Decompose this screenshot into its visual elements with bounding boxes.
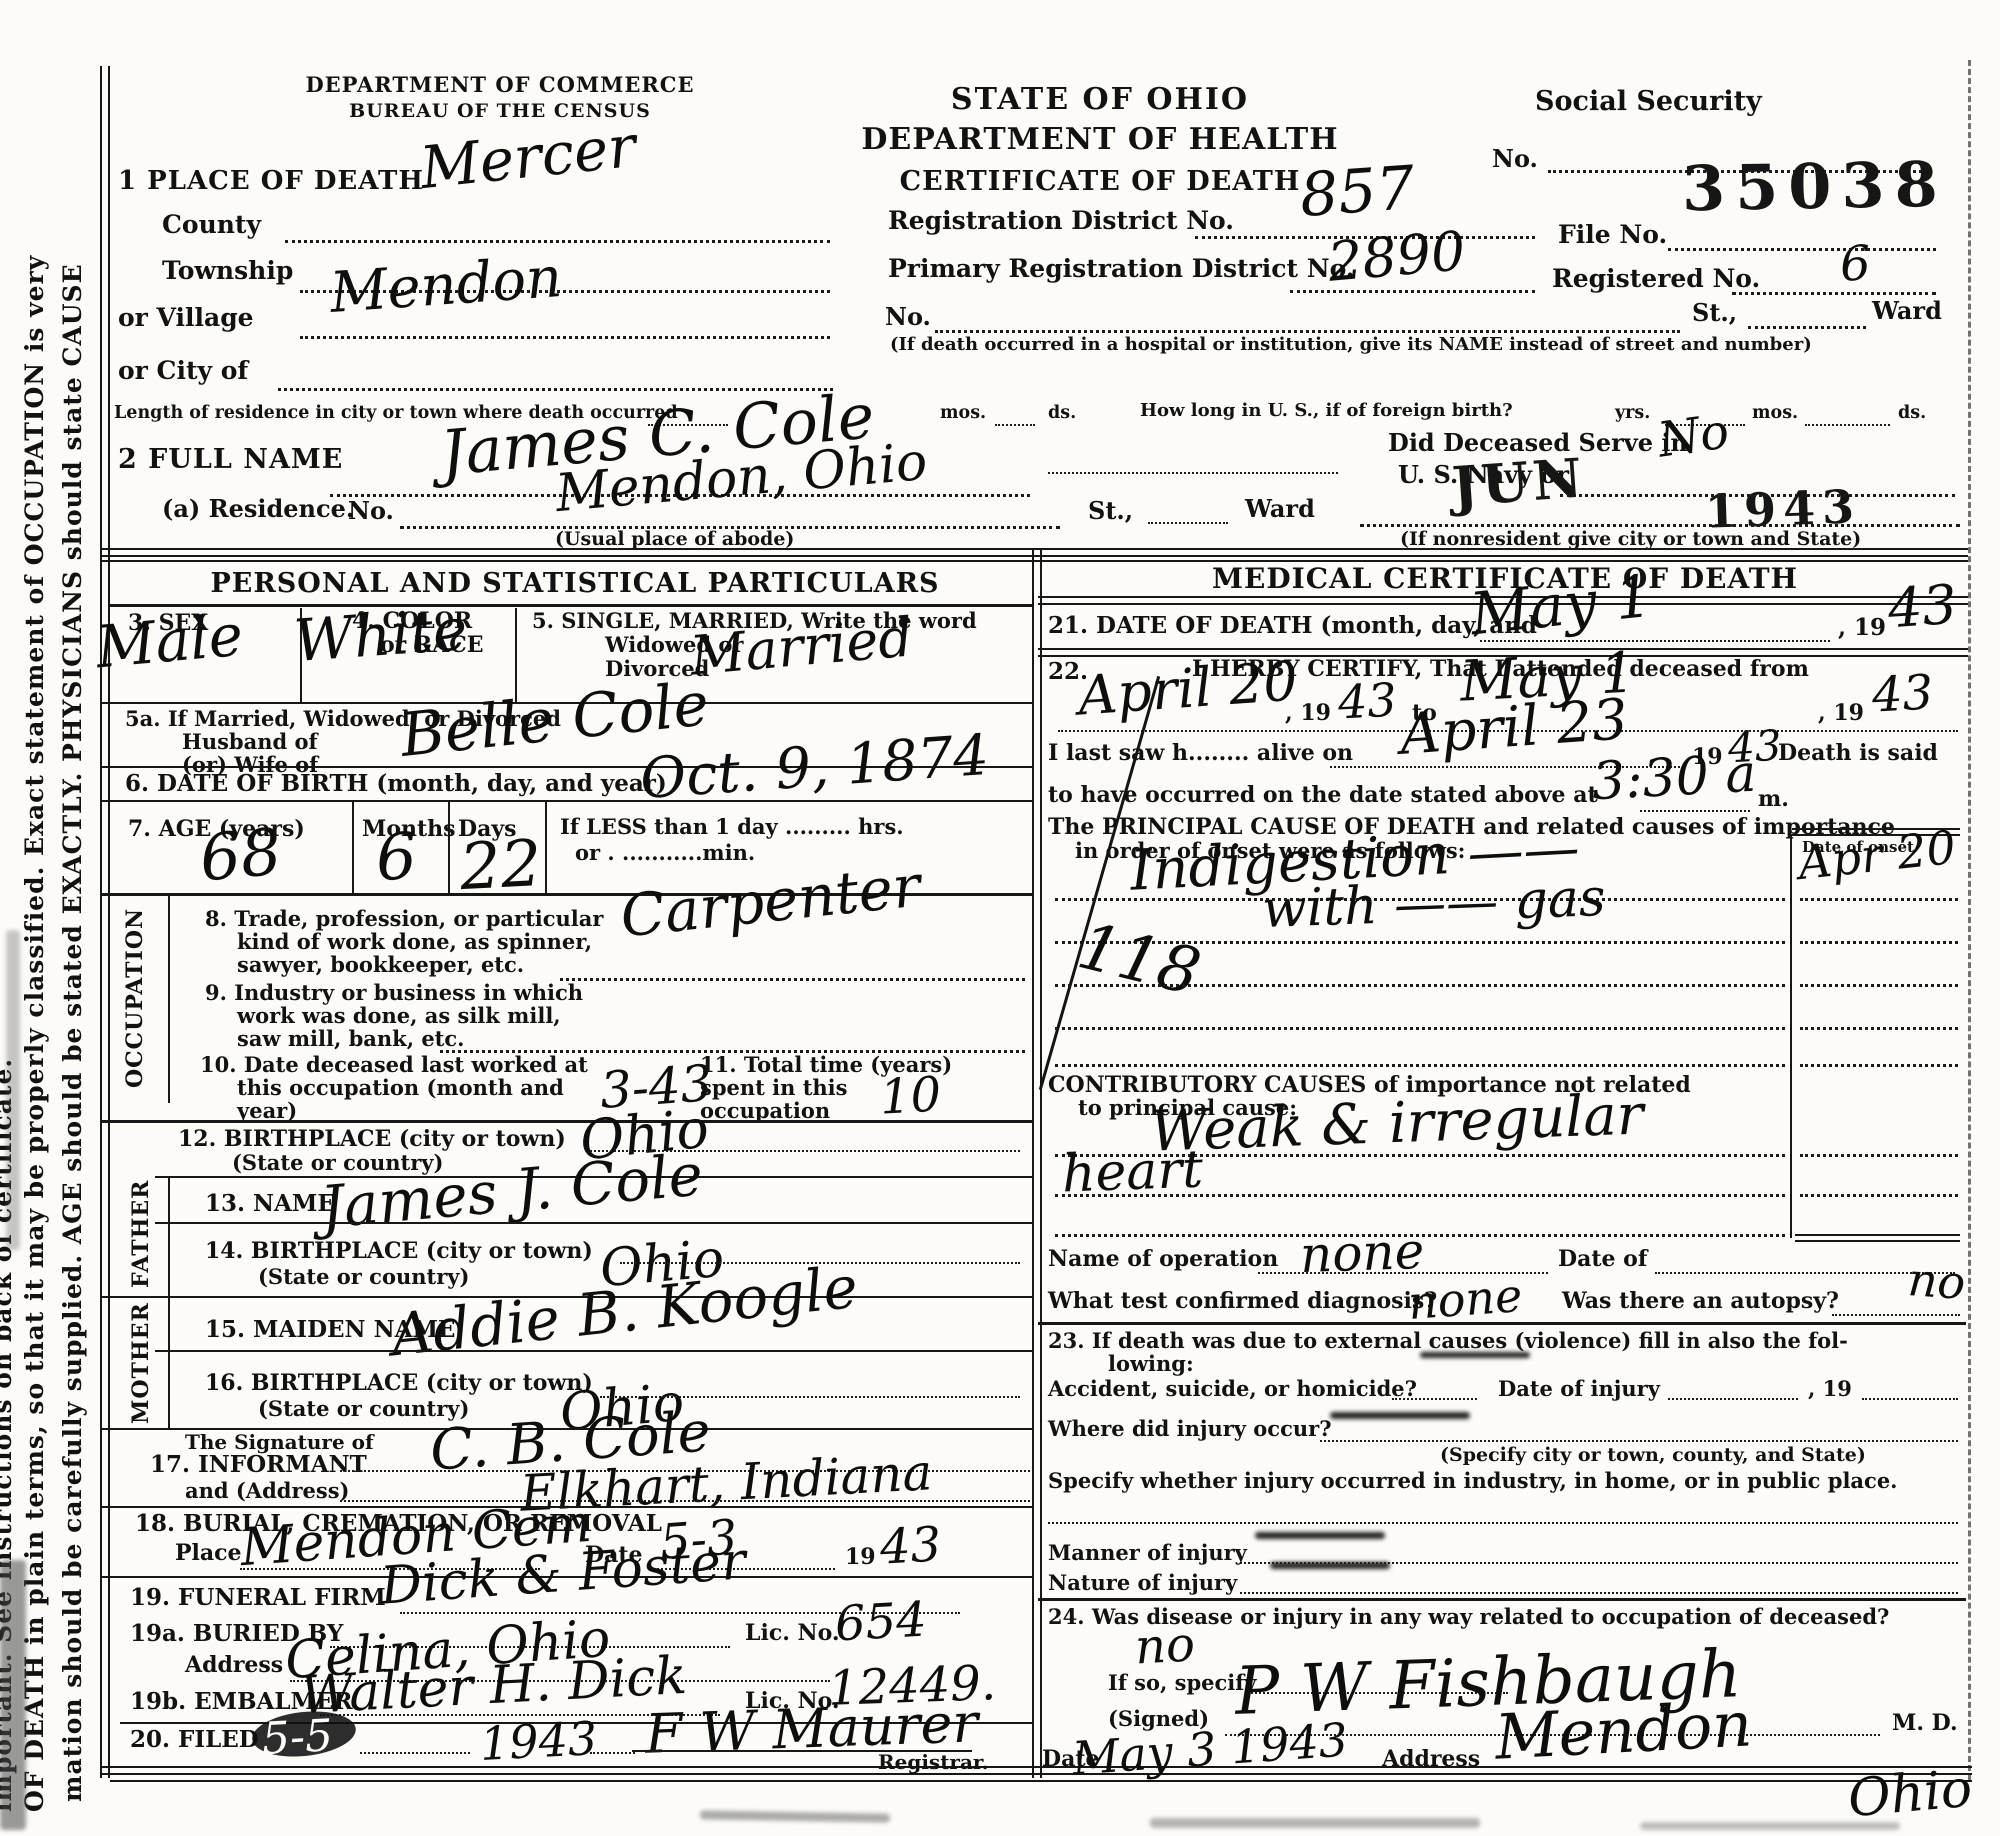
how-long-us-label: How long in U. S., if of foreign birth?: [1140, 402, 1513, 421]
buried-lic-value: 654: [834, 1596, 928, 1649]
length-mos-label: mos.: [940, 404, 986, 422]
file-number-stamp: 35038: [1681, 148, 1948, 226]
residence-line-2: [1360, 524, 1960, 527]
autopsy-label: Was there an autopsy?: [1562, 1290, 1839, 1313]
scan-artifact-left-2: [6, 930, 20, 1250]
accident-label: Accident, suicide, or homicide?: [1048, 1378, 1417, 1400]
us-line-2: [1805, 424, 1890, 426]
to-year-value: 43: [1871, 668, 1935, 719]
scan-artifact-bottom-2: [1150, 1818, 1480, 1828]
last-saw-label: I last saw h........ alive on: [1048, 742, 1353, 765]
trade-line: [560, 978, 1025, 981]
specify-where-label: Specify whether injury occurred in indus…: [1048, 1470, 1898, 1492]
filed-line-2: [590, 1752, 635, 1754]
birthplace-label-1: 12. BIRTHPLACE (city or town): [178, 1128, 566, 1151]
father-birthplace-label-2: (State or country): [258, 1266, 469, 1288]
county-label: County: [162, 212, 261, 238]
burial-year-value: 43: [879, 1520, 943, 1571]
registered-no-line: [1732, 292, 1936, 295]
ss-no-label: No.: [1492, 146, 1538, 171]
funeral-firm-label: 19. FUNERAL FIRM: [130, 1586, 386, 1610]
test-value: none: [1407, 1272, 1524, 1326]
total-time-label-3: occupation: [700, 1100, 830, 1122]
external-causes-label-2: lowing:: [1108, 1353, 1194, 1375]
filed-label: 20. FILED: [130, 1728, 259, 1752]
buried-lic-label: Lic. No.: [745, 1622, 840, 1645]
age-months-value: 6: [374, 825, 418, 891]
contributory-value-1: Weak & irregular: [1149, 1087, 1644, 1160]
death-time-line: [1640, 810, 1750, 812]
cause-line-3r: [1800, 984, 1958, 987]
cause-line-3: [1055, 984, 1785, 987]
informant-line-2: [340, 1500, 1030, 1502]
registered-no-label: Registered No.: [1552, 266, 1760, 292]
full-name-line-2: [1048, 472, 1338, 474]
pen-dash-3: [1255, 1532, 1385, 1539]
age-days-value: 22: [458, 832, 543, 900]
right-border: [1968, 60, 1971, 1780]
phys-address-value: Mendon: [1494, 1693, 1754, 1768]
mother-birthplace-label-2: (State or country): [258, 1398, 469, 1420]
row-rule-15: [155, 1350, 1034, 1352]
residence-st-line: [1148, 522, 1228, 524]
age-years-value: 68: [197, 821, 284, 892]
trade-label-3: sawyer, bookkeeper, etc.: [237, 954, 524, 976]
street-no-label: No.: [885, 304, 931, 329]
cause-line-4: [1055, 1027, 1785, 1030]
mother-birthplace-line: [600, 1396, 1020, 1398]
death-year-prefix: , 19: [1838, 616, 1886, 640]
contrib-line-3r2: [1795, 1240, 1960, 1242]
death-certificate-scan: mation should be carefully supplied. AGE…: [0, 0, 2000, 1836]
buried-address-label: Address: [185, 1654, 283, 1677]
trade-value: Carpenter: [618, 856, 923, 945]
from-year-prefix: , 19: [1285, 702, 1331, 725]
contrib-line-2r: [1800, 1194, 1958, 1197]
file-no-label: File No.: [1558, 222, 1667, 248]
served-value: No: [1655, 407, 1732, 464]
cause-line-2r: [1800, 941, 1958, 944]
abode-note: (Usual place of abode): [555, 530, 794, 550]
date-of-death-label: 21. DATE OF DEATH (month, day, and: [1048, 614, 1537, 638]
cell-line-5: [545, 800, 547, 893]
occupation-related-value: no: [1134, 1620, 1196, 1671]
industry-label-3: saw mill, bank, etc.: [237, 1028, 464, 1050]
mother-birthplace-label-1: 16. BIRTHPLACE (city or town): [205, 1372, 593, 1395]
residence-ward-label: Ward: [1245, 496, 1315, 521]
specify-city-note: (Specify city or town, county, and State…: [1440, 1446, 1866, 1466]
place-of-death-label: 1 PLACE OF DEATH: [118, 168, 424, 195]
social-security-label: Social Security: [1535, 88, 1762, 116]
industry-label-2: work was done, as silk mill,: [237, 1005, 561, 1027]
row-rule-13: [155, 1222, 1034, 1224]
manner-injury-label: Manner of injury: [1048, 1542, 1247, 1564]
am-pm-label: m.: [1758, 788, 1789, 811]
county-line: [285, 240, 830, 243]
registrar-label: Registrar.: [878, 1752, 989, 1773]
us-yrs-label: yrs.: [1615, 404, 1650, 422]
primary-district-label: Primary Registration District No.: [888, 256, 1355, 282]
residence-no-label: No.: [348, 498, 394, 523]
trade-label-1: 8. Trade, profession, or particular: [205, 908, 603, 930]
burial-year-prefix: 19: [845, 1546, 876, 1569]
primary-district-value: 2890: [1326, 224, 1468, 290]
pen-dash-1: [1420, 1352, 1530, 1358]
last-worked-label-3: year): [237, 1100, 297, 1122]
scan-artifact-left: [0, 1560, 26, 1830]
column-divider: [1032, 548, 1042, 1778]
death-year-value: 43: [1886, 578, 1958, 637]
from-year-value: 43: [1337, 676, 1398, 725]
injury-year-prefix: , 19: [1808, 1378, 1852, 1400]
city-label: or City of: [118, 358, 248, 384]
nonresident-note: (If nonresident give city or town and St…: [1400, 530, 1861, 550]
cause-value-2: with —— gas: [1261, 872, 1606, 936]
dept-health-title: DEPARTMENT OF HEALTH: [830, 124, 1370, 156]
county-value: Mercer: [418, 117, 639, 197]
village-value: Mendon: [328, 250, 564, 322]
personal-title: PERSONAL AND STATISTICAL PARTICULARS: [115, 570, 1035, 598]
where-injury-label: Where did injury occur?: [1048, 1418, 1332, 1440]
father-side-label: FATHER: [128, 1180, 154, 1288]
burial-place-label: Place: [175, 1542, 242, 1565]
onset-date-value: Apr 20: [1796, 824, 1958, 886]
pen-dash-4: [1270, 1562, 1390, 1569]
external-causes-label-1: 23. If death was due to external causes …: [1048, 1330, 1848, 1352]
autopsy-value: no: [1906, 1256, 1966, 1306]
registration-district-value: 857: [1298, 158, 1416, 226]
contrib-line-3r: [1795, 1234, 1960, 1236]
registration-district-label: Registration District No.: [888, 208, 1234, 234]
row-rule-6: [100, 800, 1034, 802]
village-label: or Village: [118, 305, 254, 331]
phys-state-value: Ohio: [1846, 1763, 1974, 1826]
street-ward-label: Ward: [1872, 298, 1942, 323]
spouse-label-2: Husband of: [182, 731, 318, 753]
mother-side-label: MOTHER: [128, 1302, 154, 1424]
where-injury-line: [1320, 1440, 1958, 1442]
onset-column-line: [1790, 834, 1792, 1238]
last-worked-label-2: this occupation (month and: [237, 1077, 564, 1099]
residence-st-label: St.,: [1088, 498, 1133, 523]
contrib-line-2: [1055, 1194, 1785, 1197]
parent-bracket: [168, 1176, 170, 1428]
filed-year-value: 1943: [479, 1715, 598, 1767]
registered-no-value: 6: [1839, 239, 1872, 289]
occurred-label: to have occurred on the date stated abov…: [1048, 784, 1598, 807]
hospital-note: (If death occurred in a hospital or inst…: [890, 336, 1812, 355]
occupation-side-label: OCCUPATION: [122, 908, 148, 1088]
served-line: [1560, 494, 1955, 497]
left-border: [100, 66, 110, 1778]
contributory-value-2: heart: [1061, 1144, 1204, 1201]
md-label: M. D.: [1892, 1712, 1958, 1735]
filed-date-value: 5-5: [261, 1714, 334, 1762]
margin-note-line-1: mation should be carefully supplied. AGE…: [58, 263, 87, 1802]
filed-line-1: [360, 1752, 470, 1754]
injury-date-line: [1668, 1398, 1798, 1400]
less-than-label-2: or . ...........min.: [575, 842, 755, 864]
operation-label: Name of operation: [1048, 1248, 1278, 1271]
cell-line-4: [448, 800, 450, 893]
accident-line: [1392, 1398, 1477, 1400]
row-rule-11: [100, 1120, 1034, 1123]
last-worked-label-1: 10. Date deceased last worked at: [200, 1054, 588, 1076]
less-than-label-1: If LESS than 1 day ......... hrs.: [560, 816, 904, 838]
file-no-line: [1668, 248, 1936, 251]
village-line: [300, 336, 830, 339]
operation-date-label: Date of: [1558, 1248, 1647, 1271]
to-year-prefix: , 19: [1818, 702, 1864, 725]
residence-label: (a) Residence.: [162, 496, 354, 521]
nature-injury-line: [1240, 1592, 1958, 1594]
informant-label-3: and (Address): [185, 1480, 349, 1502]
scan-artifact-bottom-3: [1640, 1822, 1900, 1830]
industry-label-1: 9. Industry or business in which: [205, 982, 583, 1004]
street-no-line: [935, 330, 1680, 333]
full-name-label: 2 FULL NAME: [118, 446, 343, 474]
cause-line-1r: [1800, 898, 1958, 901]
rule-under-23: [1038, 1598, 1966, 1601]
test-label: What test confirmed diagnosis?: [1048, 1290, 1437, 1313]
trade-label-2: kind of work done, as spinner,: [237, 931, 592, 953]
race-value: White: [292, 600, 469, 670]
sex-value: Male: [94, 606, 245, 677]
contrib-line-1r: [1800, 1154, 1958, 1157]
cause-code-value: 118: [1072, 914, 1206, 1006]
attended-from-value: April 20: [1076, 654, 1299, 723]
death-time-value: 3:30 a: [1591, 748, 1758, 809]
occupation-bracket: [168, 893, 170, 1103]
informant-label-1: The Signature of: [185, 1432, 374, 1453]
death-said-label: Death is said: [1778, 742, 1938, 765]
date-of-death-line: [1480, 640, 1830, 642]
bureau-census-label: BUREAU OF THE CENSUS: [290, 102, 710, 122]
cause-line-5: [1055, 1064, 1785, 1067]
marital-value: Married: [688, 610, 915, 683]
cause-line-4r: [1800, 1027, 1958, 1030]
dept-commerce-label: DEPARTMENT OF COMMERCE: [290, 74, 710, 96]
specify-line: [1048, 1522, 1958, 1524]
date-of-death-value: May 1: [1467, 567, 1654, 644]
injury-date-label: Date of injury: [1498, 1378, 1660, 1400]
received-month-stamp: JUN: [1450, 445, 1588, 518]
total-time-value: 10: [879, 1070, 943, 1121]
street-st-line: [1748, 326, 1866, 329]
informant-label-2: 17. INFORMANT: [150, 1453, 367, 1477]
length-ds-label: ds.: [1048, 404, 1076, 422]
primary-district-line: [1290, 290, 1535, 293]
autopsy-line: [1832, 1314, 1960, 1316]
cell-line-3: [352, 800, 354, 893]
length-line-2: [995, 424, 1035, 426]
us-mos-label: mos.: [1752, 404, 1798, 422]
us-ds-label: ds.: [1898, 404, 1926, 422]
phys-address-label: Address: [1382, 1748, 1480, 1771]
state-of-ohio-title: STATE OF OHIO: [830, 84, 1370, 116]
township-label: Township: [162, 258, 293, 284]
bottom-border-2: [110, 1780, 1972, 1782]
pen-dash-2: [1330, 1412, 1470, 1419]
father-birthplace-label-1: 14. BIRTHPLACE (city or town): [205, 1240, 593, 1263]
total-time-label-2: spent in this: [700, 1077, 847, 1099]
cause-line-5r: [1800, 1064, 1958, 1067]
nature-injury-label: Nature of injury: [1048, 1572, 1237, 1594]
injury-year-line: [1862, 1398, 1958, 1400]
street-st-label: St.,: [1692, 300, 1737, 325]
scan-artifact-bottom-1: [700, 1810, 890, 1822]
certificate-title: CERTIFICATE OF DEATH: [830, 168, 1370, 196]
father-name-label: 13. NAME: [205, 1192, 335, 1216]
rule-under-tests: [1038, 1322, 1966, 1325]
dob-label: 6. DATE OF BIRTH (month, day, and year): [125, 772, 667, 796]
